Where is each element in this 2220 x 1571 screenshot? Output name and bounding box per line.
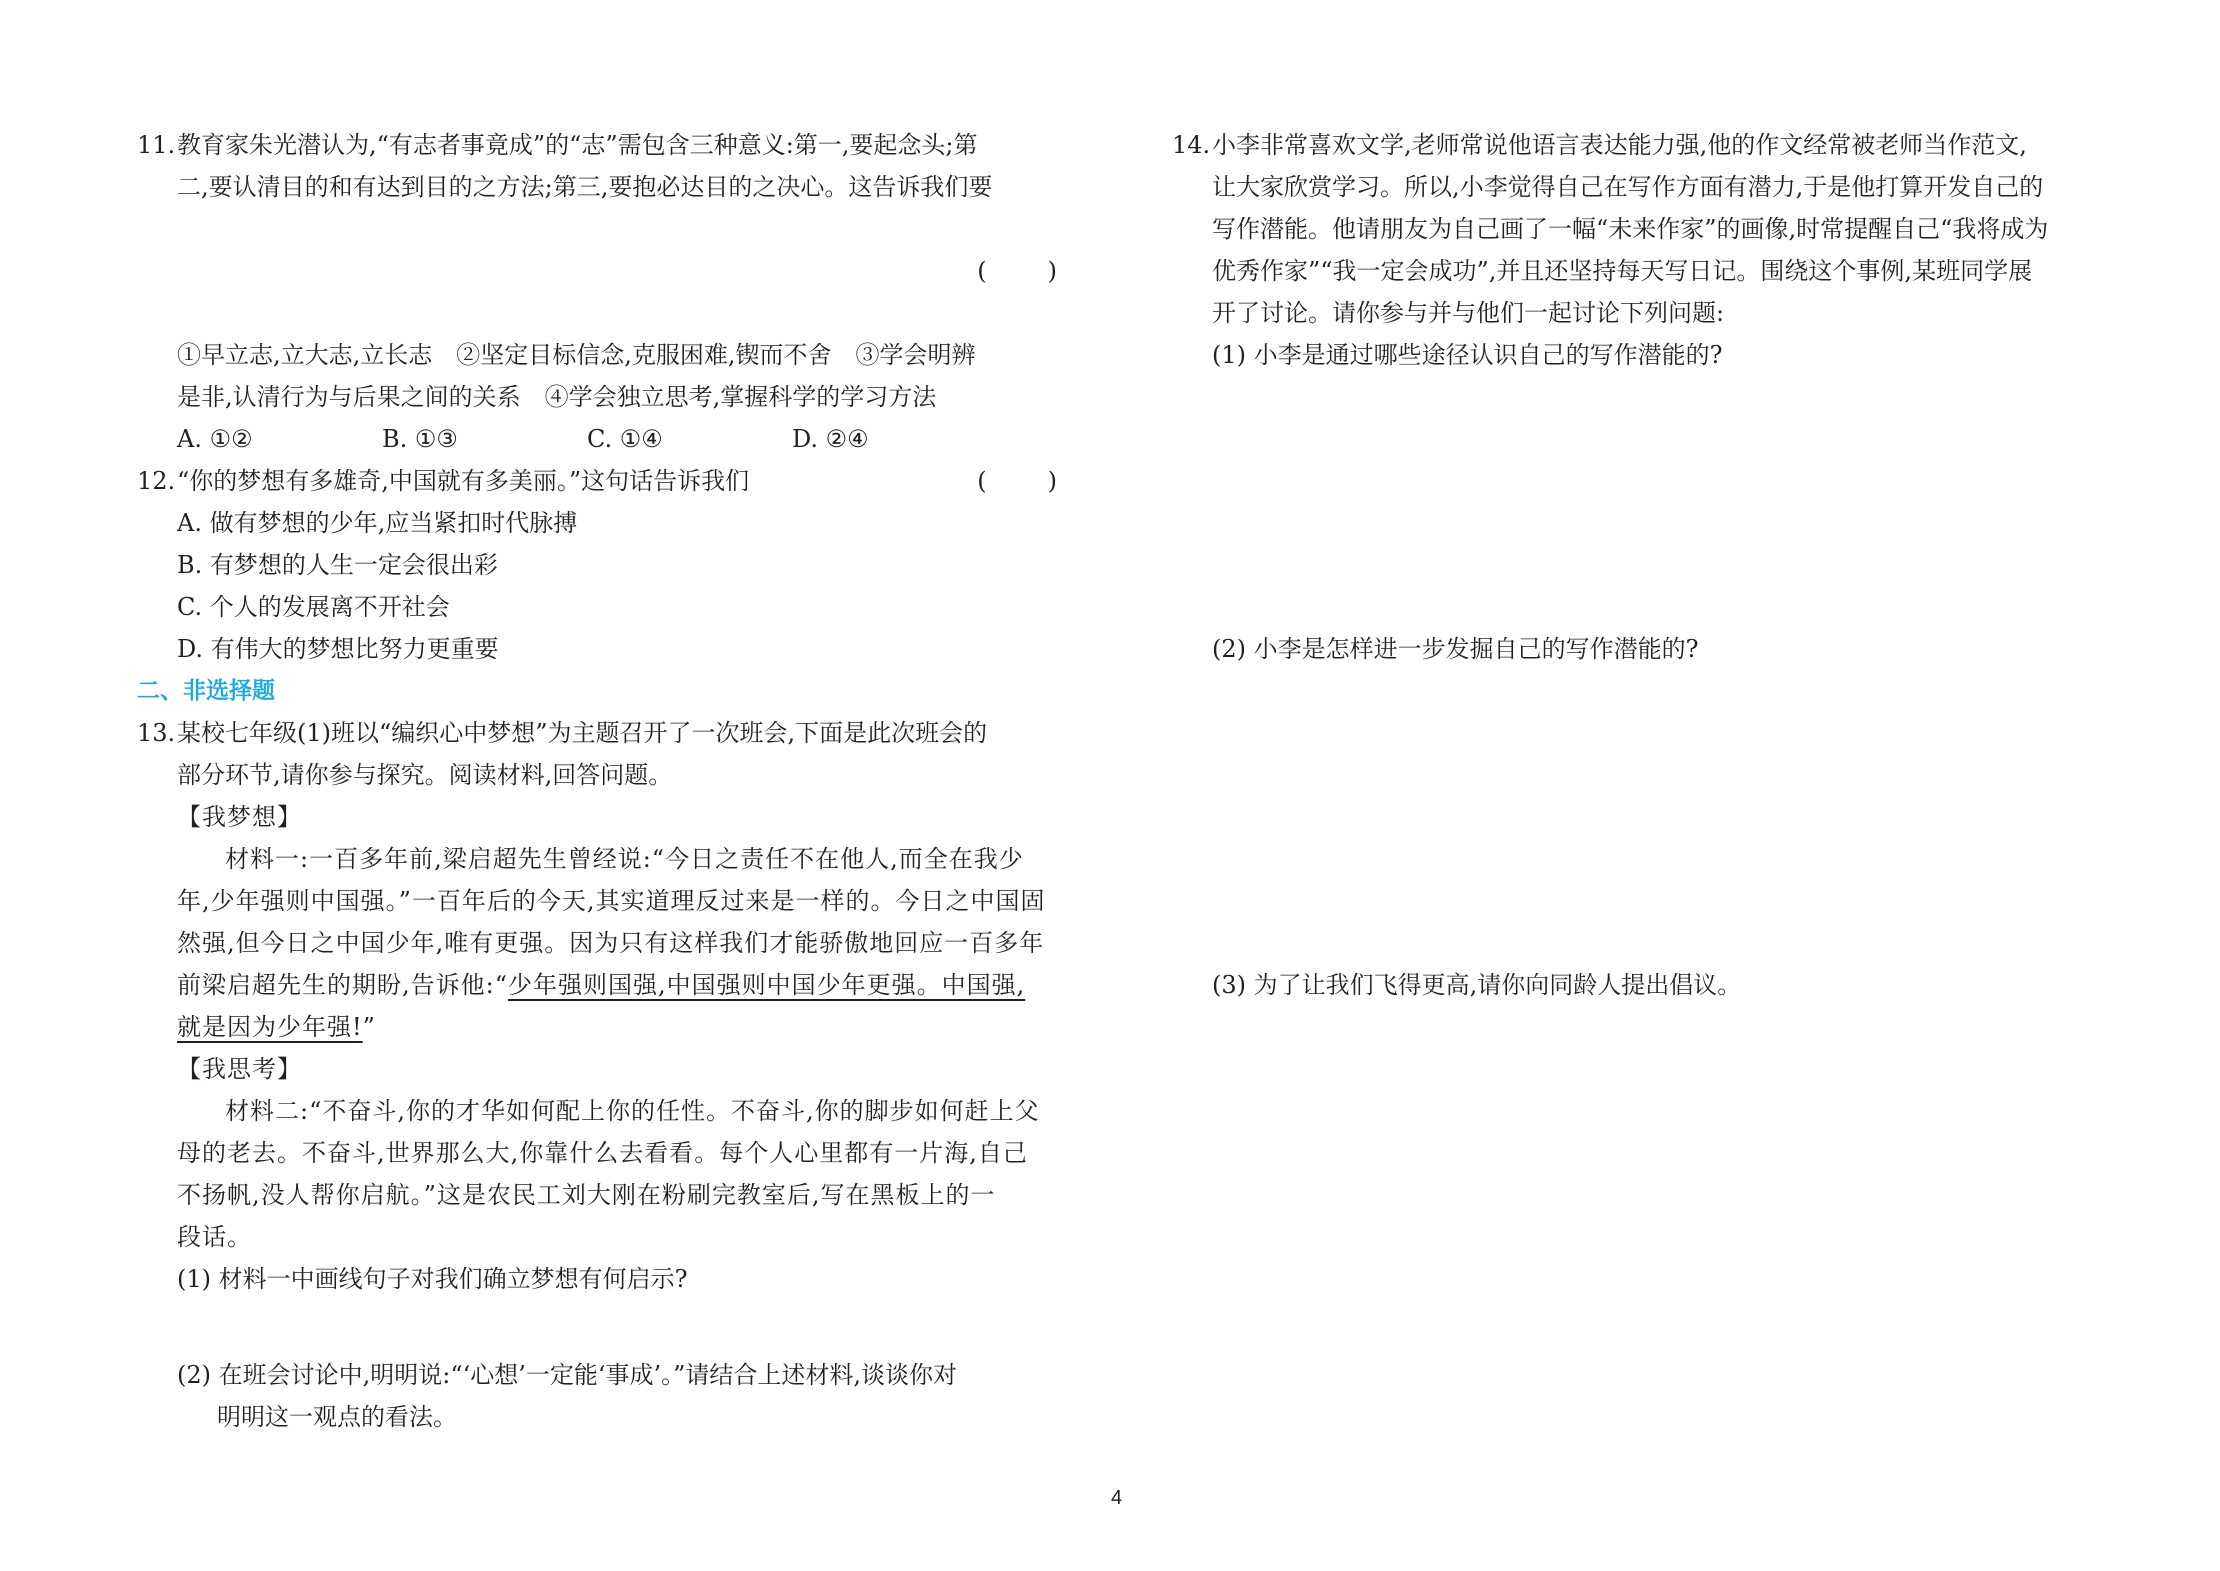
answer-space[interactable] [1212, 376, 2092, 628]
question-number: 14. [1172, 124, 1210, 166]
section-heading: 二、非选择题 [137, 670, 1057, 712]
question-13: 13. 某校七年级(1)班以“编织心中梦想”为主题召开了一次班会,下面是此次班会… [137, 712, 1057, 1438]
section-tag-think: 【我思考】 [177, 1048, 1057, 1090]
question-stem-line: 开了讨论。请你参与并与他们一起讨论下列问题: [1212, 292, 2092, 334]
sub-question-1: (1) 小李是通过哪些途径认识自己的写作潜能的? [1212, 334, 2092, 376]
answer-bracket[interactable]: ( ) [977, 460, 1057, 502]
options-row: A. ①② B. ①③ C. ①④ D. ②④ [177, 418, 1057, 460]
material-line: 母的老去。不奋斗,世界那么大,你靠什么去看看。每个人心里都有一片海,自己 [177, 1132, 1057, 1174]
left-column: 11. 教育家朱光潜认为,“有志者事竟成”的“志”需包含三种意义:第一,要起念头… [137, 124, 1057, 1438]
sub-question-2-continued: 明明这一观点的看法。 [177, 1396, 1057, 1438]
question-stem-line: 优秀作家”“我一定会成功”,并且还坚持每天写日记。围绕这个事例,某班同学展 [1212, 250, 2092, 292]
section-tag-dream: 【我梦想】 [177, 796, 1057, 838]
question-12: 12. “你的梦想有多雄奇,中国就有多美丽。”这句话告诉我们 ( ) A. 做有… [137, 460, 1057, 670]
question-stem-line: 某校七年级(1)班以“编织心中梦想”为主题召开了一次班会,下面是此次班会的 [177, 712, 1057, 754]
material-text: ” [363, 1013, 376, 1041]
question-stem-line: 让大家欣赏学习。所以,小李觉得自己在写作方面有潜力,于是他打算开发自己的 [1212, 166, 2092, 208]
option-b[interactable]: B. ①③ [382, 418, 587, 460]
answer-space[interactable] [1212, 670, 2092, 964]
question-11: 11. 教育家朱光潜认为,“有志者事竟成”的“志”需包含三种意义:第一,要起念头… [137, 124, 1057, 460]
option-d[interactable]: D. ②④ [792, 418, 997, 460]
material-line: 然强,但今日之中国少年,唯有更强。因为只有这样我们才能骄傲地回应一百多年 [177, 922, 1057, 964]
answer-space[interactable] [177, 1300, 1057, 1354]
question-stem-line: 二,要认清目的和有达到目的之方法;第三,要抱必达目的之决心。这告诉我们要 [177, 166, 1057, 208]
sub-question-2: (2) 小李是怎样进一步发掘自己的写作潜能的? [1212, 628, 2092, 670]
statement-line: 是非,认清行为与后果之间的关系 ④学会独立思考,掌握科学的学习方法 [177, 376, 1057, 418]
answer-bracket-row: ( ) [177, 208, 1057, 334]
page-number: 4 [1111, 1487, 1122, 1510]
material-line: 年,少年强则中国强。”一百年后的今天,其实道理反过来是一样的。今日之中国固 [177, 880, 1057, 922]
question-14: 14. 小李非常喜欢文学,老师常说他语言表达能力强,他的作文经常被老师当作范文,… [1172, 124, 2092, 1306]
material-line: 材料二:“不奋斗,你的才华如何配上你的任性。不奋斗,你的脚步如何赶上父 [177, 1090, 1057, 1132]
question-stem-line: 写作潜能。他请朋友为自己画了一幅“未来作家”的画像,时常提醒自己“我将成为 [1212, 208, 2092, 250]
material-line: 前梁启超先生的期盼,告诉他:“少年强则国强,中国强则中国少年更强。中国强, [177, 964, 1057, 1006]
statement-line: ①早立志,立大志,立长志 ②坚定目标信念,克服困难,锲而不舍 ③学会明辨 [177, 334, 1057, 376]
options-list: A. 做有梦想的少年,应当紧扣时代脉搏 B. 有梦想的人生一定会很出彩 C. 个… [177, 502, 1057, 670]
option-d[interactable]: D. 有伟大的梦想比努力更重要 [177, 628, 1057, 670]
option-c[interactable]: C. 个人的发展离不开社会 [177, 586, 1057, 628]
sub-question-3: (3) 为了让我们飞得更高,请你向同龄人提出倡议。 [1212, 964, 2092, 1006]
question-stem-line: 部分环节,请你参与探究。阅读材料,回答问题。 [177, 754, 1057, 796]
material-one: 材料一:一百多年前,梁启超先生曾经说:“今日之责任不在他人,而全在我少 年,少年… [177, 838, 1057, 1048]
answer-bracket[interactable]: ( ) [977, 250, 1057, 292]
question-number: 13. [137, 712, 175, 754]
material-line: 不扬帆,没人帮你启航。”这是农民工刘大刚在粉刷完教室后,写在黑板上的一 [177, 1174, 1057, 1216]
sub-question-2: (2) 在班会讨论中,明明说:“‘心想’一定能‘事成’。”请结合上述材料,谈谈你… [177, 1354, 1057, 1396]
question-number: 11. [137, 124, 175, 166]
option-a[interactable]: A. 做有梦想的少年,应当紧扣时代脉搏 [177, 502, 1057, 544]
answer-space[interactable] [1212, 1006, 2092, 1306]
material-two: 材料二:“不奋斗,你的才华如何配上你的任性。不奋斗,你的脚步如何赶上父 母的老去… [177, 1090, 1057, 1258]
material-line: 就是因为少年强!” [177, 1006, 1057, 1048]
question-stem-line: 小李非常喜欢文学,老师常说他语言表达能力强,他的作文经常被老师当作范文, [1212, 124, 2092, 166]
option-b[interactable]: B. 有梦想的人生一定会很出彩 [177, 544, 1057, 586]
material-line: 材料一:一百多年前,梁启超先生曾经说:“今日之责任不在他人,而全在我少 [177, 838, 1057, 880]
underlined-sentence: 就是因为少年强! [177, 1013, 363, 1041]
material-line: 段话。 [177, 1216, 1057, 1258]
question-stem: “你的梦想有多雄奇,中国就有多美丽。”这句话告诉我们 [177, 460, 749, 502]
right-column: 14. 小李非常喜欢文学,老师常说他语言表达能力强,他的作文经常被老师当作范文,… [1172, 124, 2092, 1306]
question-stem-row: “你的梦想有多雄奇,中国就有多美丽。”这句话告诉我们 ( ) [177, 460, 1057, 502]
underlined-sentence: 少年强则国强,中国强则中国少年更强。中国强, [508, 971, 1025, 999]
option-a[interactable]: A. ①② [177, 418, 382, 460]
option-c[interactable]: C. ①④ [587, 418, 792, 460]
material-text: 前梁启超先生的期盼,告诉他:“ [177, 971, 508, 999]
question-stem-line: 教育家朱光潜认为,“有志者事竟成”的“志”需包含三种意义:第一,要起念头;第 [177, 124, 1057, 166]
sub-question-1: (1) 材料一中画线句子对我们确立梦想有何启示? [177, 1258, 1057, 1300]
question-number: 12. [137, 460, 175, 502]
